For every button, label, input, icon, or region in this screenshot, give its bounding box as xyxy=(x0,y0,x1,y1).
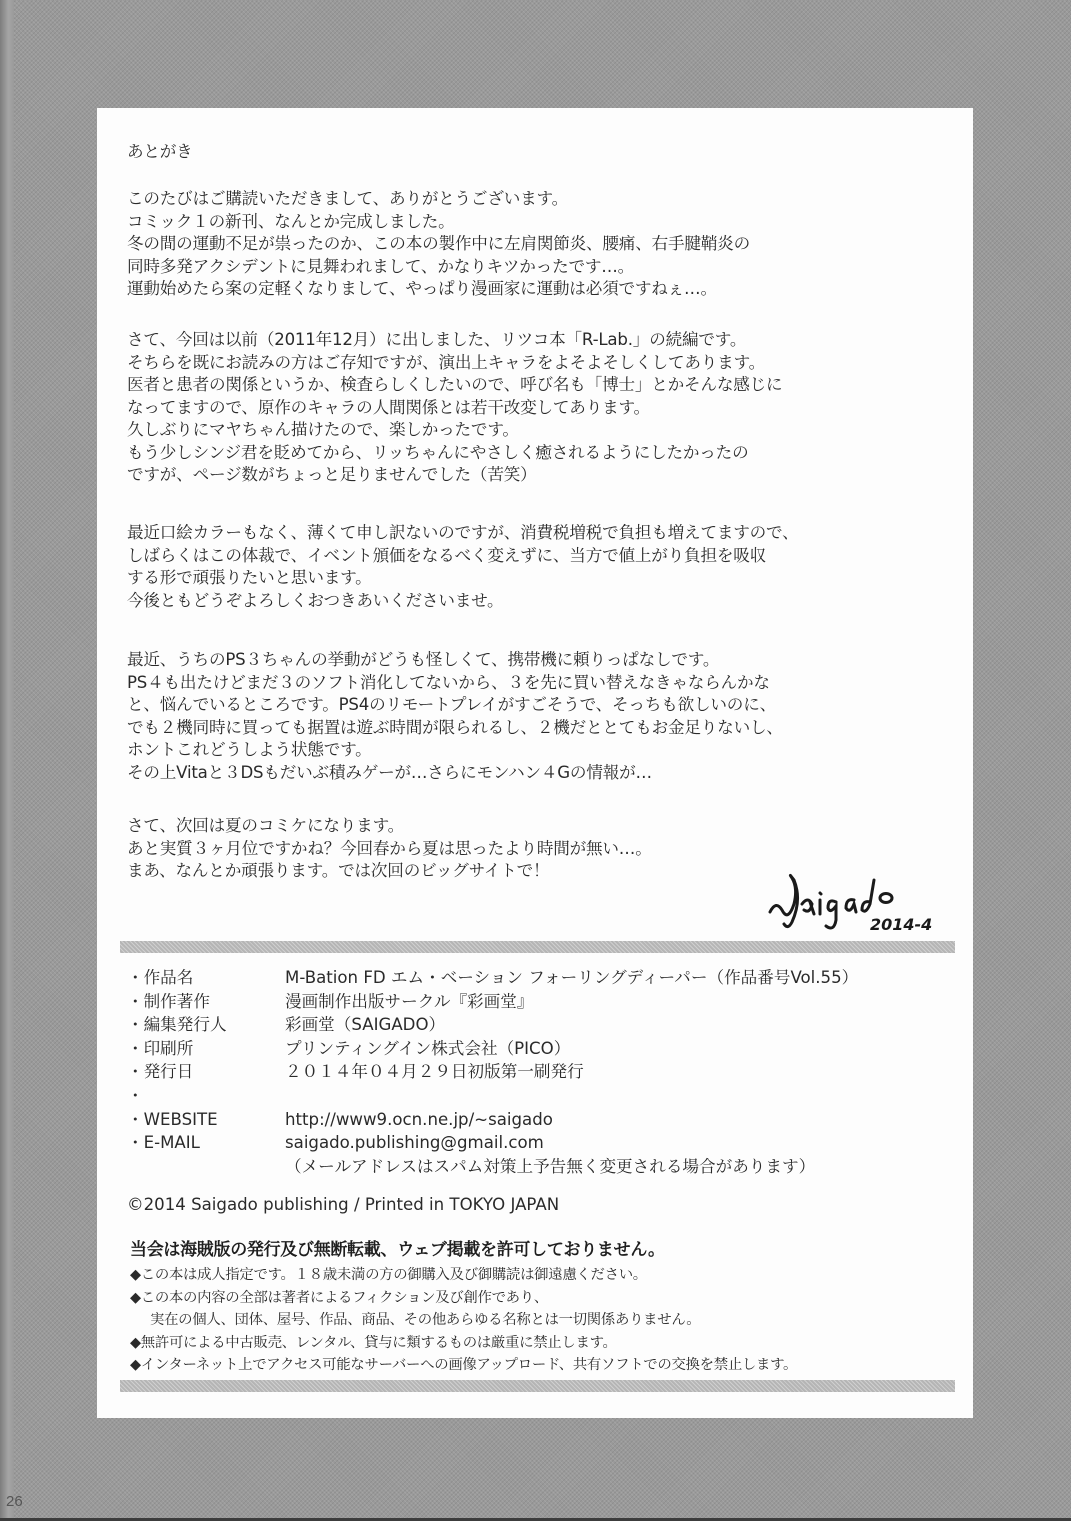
legal-item: 実在の個人、団体、屋号、作品、商品、その他あらゆる名称とは一切関係ありません。 xyxy=(130,1309,797,1332)
colophon-row-printer: ・印刷所 プリンティングイン株式会社（PICO） xyxy=(127,1037,858,1061)
text-line: まあ、なんとか頑張ります。では次回のビッグサイトで！ xyxy=(127,860,652,883)
afterword-paragraph-4: 最近、うちのPS３ちゃんの挙動がどうも怪しくて、携帯機に頼りっぱなしです。 PS… xyxy=(127,649,783,784)
section-divider xyxy=(120,1380,955,1392)
colophon-row-email: ・E-MAIL saigado.publishing@gmail.com xyxy=(127,1131,858,1155)
legal-title: 当会は海賊版の発行及び無断転載、ウェブ掲載を許可しておりません。 xyxy=(130,1235,797,1260)
text-line: しばらくはこの体裁で、イベント頒価をなるべく変えずに、当方で値上がり負担を吸収 xyxy=(127,545,798,568)
text-line: さて、次回は夏のコミケになります。 xyxy=(127,815,652,838)
colophon-label: ・発行日 xyxy=(127,1060,285,1084)
signature-date: 2014-4 xyxy=(870,915,932,934)
text-line: 冬の間の運動不足が祟ったのか、この本の製作中に左肩関節炎、腰痛、右手腱鞘炎の xyxy=(127,233,750,256)
text-line: ですが、ページ数がちょっと足りませんでした（苦笑） xyxy=(127,464,782,487)
text-line: 今後ともどうぞよろしくおつきあいくださいませ。 xyxy=(127,590,798,613)
text-line: コミック１の新刊、なんとか完成しました。 xyxy=(127,211,750,234)
colophon-row-email-note: （メールアドレスはスパム対策上予告無く変更される場合があります） xyxy=(127,1155,858,1179)
colophon-value: 彩画堂（SAIGADO） xyxy=(285,1013,445,1037)
text-line: さて、今回は以前（2011年12月）に出しました、リツコ本「R-Lab.」の続編… xyxy=(127,329,782,352)
colophon-value: ２０１４年０４月２９日初版第一刷発行 xyxy=(285,1060,584,1084)
colophon-label xyxy=(127,1155,285,1179)
legal-item: ◆インターネット上でアクセス可能なサーバーへの画像アップロード、共有ソフトでの交… xyxy=(130,1354,797,1377)
text-line: と、悩んでいるところです。PS4のリモートプレイがすごそうで、そっちも欲しいのに… xyxy=(127,694,783,717)
colophon-label: ・編集発行人 xyxy=(127,1013,285,1037)
afterword-heading: あとがき xyxy=(127,141,193,164)
colophon-row-author: ・制作著作 漫画制作出版サークル『彩画堂』 xyxy=(127,990,858,1014)
colophon-label: ・ xyxy=(127,1084,285,1108)
colophon-row-blank: ・ xyxy=(127,1084,858,1108)
colophon-value: 漫画制作出版サークル『彩画堂』 xyxy=(285,990,533,1014)
colophon-row-publisher: ・編集発行人 彩画堂（SAIGADO） xyxy=(127,1013,858,1037)
text-line: なってますので、原作のキャラの人間関係とは若干改変してあります。 xyxy=(127,397,782,420)
colophon-label: ・制作著作 xyxy=(127,990,285,1014)
afterword-paragraph-1: このたびはご購読いただきまして、ありがとうございます。 コミック１の新刊、なんと… xyxy=(127,188,750,301)
text-line: PS４も出たけどまだ３のソフト消化してないから、３を先に買い替えなきゃならんかな xyxy=(127,672,783,695)
afterword-panel: あとがき このたびはご購読いただきまして、ありがとうございます。 コミック１の新… xyxy=(97,108,973,1418)
text-line: 久しぶりにマヤちゃん描けたので、楽しかったです。 xyxy=(127,419,782,442)
text-line: ホントこれどうしよう状態です。 xyxy=(127,739,783,762)
colophon: ・作品名 M-Bation FD エム・ベーション フォーリングディーパー（作品… xyxy=(127,966,858,1178)
colophon-label: ・印刷所 xyxy=(127,1037,285,1061)
text-line: もう少しシンジ君を貶めてから、リッちゃんにやさしく癒されるようにしたかったの xyxy=(127,442,782,465)
colophon-value: プリンティングイン株式会社（PICO） xyxy=(285,1037,570,1061)
colophon-label: ・E-MAIL xyxy=(127,1131,285,1155)
colophon-row-title: ・作品名 M-Bation FD エム・ベーション フォーリングディーパー（作品… xyxy=(127,966,858,990)
legal-notice: 当会は海賊版の発行及び無断転載、ウェブ掲載を許可しておりません。 ◆この本は成人… xyxy=(130,1235,797,1377)
afterword-paragraph-3: 最近口絵カラーもなく、薄くて申し訳ないのですが、消費税増税で負担も増えてますので… xyxy=(127,522,798,612)
book-spine-shadow xyxy=(0,0,14,1521)
text-line: 同時多発アクシデントに見舞われまして、かなりキツかったです…。 xyxy=(127,256,750,279)
colophon-value: （メールアドレスはスパム対策上予告無く変更される場合があります） xyxy=(285,1155,815,1179)
colophon-label: ・WEBSITE xyxy=(127,1108,285,1132)
email-link[interactable]: saigado.publishing@gmail.com xyxy=(285,1131,544,1155)
text-line: 運動始めたら案の定軽くなりまして、やっぱり漫画家に運動は必須ですねぇ…。 xyxy=(127,278,750,301)
text-line: 医者と患者の関係というか、検査らしくしたいので、呼び名も「博士」とかそんな感じに xyxy=(127,374,782,397)
text-line: 最近、うちのPS３ちゃんの挙動がどうも怪しくて、携帯機に頼りっぱなしです。 xyxy=(127,649,783,672)
text-line: そちらを既にお読みの方はご存知ですが、演出上キャラをよそよそしくしてあります。 xyxy=(127,352,782,375)
legal-item: ◆無許可による中古販売、レンタル、貸与に類するものは厳重に禁止します。 xyxy=(130,1332,797,1355)
text-line: このたびはご購読いただきまして、ありがとうございます。 xyxy=(127,188,750,211)
colophon-row-website: ・WEBSITE http://www9.ocn.ne.jp/~saigado xyxy=(127,1108,858,1132)
text-line: その上Vitaと３DSもだいぶ積みゲーが…さらにモンハン４Gの情報が… xyxy=(127,762,783,785)
copyright-notice: ©2014 Saigado publishing / Printed in TO… xyxy=(127,1195,559,1214)
page-number: 26 xyxy=(6,1493,23,1510)
afterword-paragraph-2: さて、今回は以前（2011年12月）に出しました、リツコ本「R-Lab.」の続編… xyxy=(127,329,782,487)
text-line: あと実質３ヶ月位ですかね？今回春から夏は思ったより時間が無い…。 xyxy=(127,838,652,861)
legal-item: ◆この本の内容の全部は著者によるフィクション及び創作であり、 xyxy=(130,1287,797,1310)
handwritten-signature: 2014-4 xyxy=(762,860,962,940)
text-line: する形で頑張りたいと思います。 xyxy=(127,567,798,590)
afterword-paragraph-5: さて、次回は夏のコミケになります。 あと実質３ヶ月位ですかね？今回春から夏は思っ… xyxy=(127,815,652,883)
colophon-label: ・作品名 xyxy=(127,966,285,990)
text-line: 最近口絵カラーもなく、薄くて申し訳ないのですが、消費税増税で負担も増えてますので… xyxy=(127,522,798,545)
colophon-value: M-Bation FD エム・ベーション フォーリングディーパー（作品番号Vol… xyxy=(285,966,858,990)
colophon-row-date: ・発行日 ２０１４年０４月２９日初版第一刷発行 xyxy=(127,1060,858,1084)
section-divider xyxy=(120,941,955,953)
website-link[interactable]: http://www9.ocn.ne.jp/~saigado xyxy=(285,1108,553,1132)
text-line: でも２機同時に買っても据置は遊ぶ時間が限られるし、２機だととてもお金足りないし、 xyxy=(127,717,783,740)
legal-item: ◆この本は成人指定です。１８歳未満の方の御購入及び御購読は御遠慮ください。 xyxy=(130,1264,797,1287)
